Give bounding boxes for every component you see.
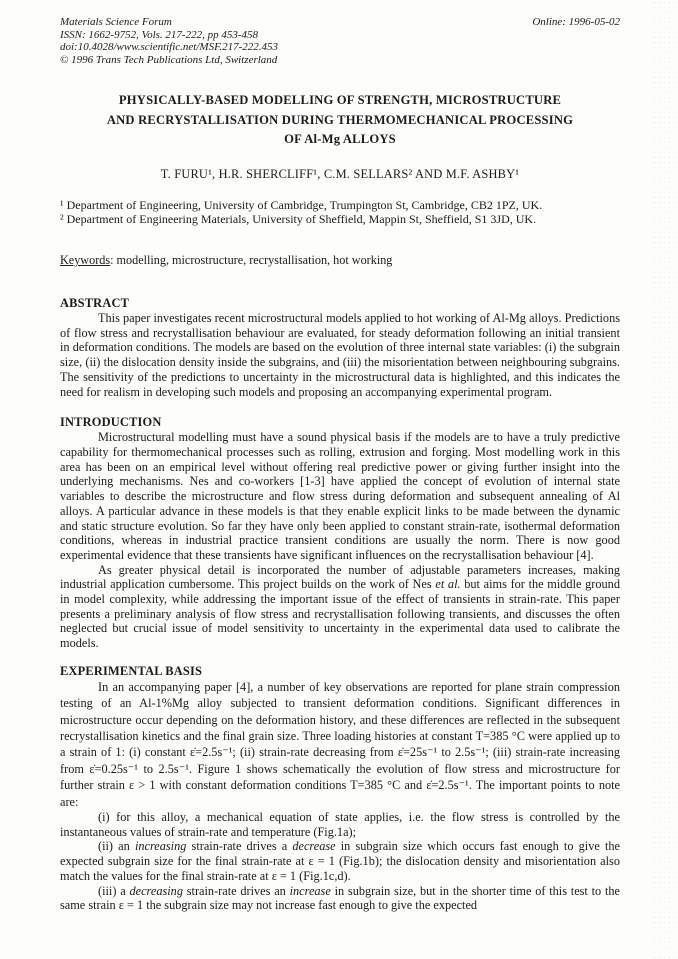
section-heading-experimental-basis: EXPERIMENTAL BASIS	[60, 664, 620, 679]
doi-line: doi:10.4028/www.scientific.net/MSF.217-2…	[60, 41, 278, 54]
experimental-point-iii: (iii) a decreasing strain-rate drives an…	[60, 884, 620, 913]
affiliation-1: ¹ Department of Engineering, University …	[60, 198, 620, 213]
journal-info-block: Materials Science Forum ISSN: 1662-9752,…	[60, 16, 278, 66]
affiliations-block: ¹ Department of Engineering, University …	[60, 198, 620, 227]
section-heading-introduction: INTRODUCTION	[60, 415, 620, 430]
abstract-paragraph: This paper investigates recent microstru…	[60, 311, 620, 399]
journal-header: Materials Science Forum ISSN: 1662-9752,…	[60, 16, 620, 66]
online-date: Online: 1996-05-02	[532, 16, 620, 29]
experimental-paragraph-1: In an accompanying paper [4], a number o…	[60, 679, 620, 810]
introduction-paragraph-1: Microstructural modelling must have a so…	[60, 430, 620, 562]
paper-title-line-1: PHYSICALLY-BASED MODELLING OF STRENGTH, …	[60, 91, 620, 111]
issn-line: ISSN: 1662-9752, Vols. 217-222, pp 453-4…	[60, 29, 278, 42]
authors-line: T. FURU¹, H.R. SHERCLIFF¹, C.M. SELLARS²…	[60, 167, 620, 182]
paper-title: PHYSICALLY-BASED MODELLING OF STRENGTH, …	[60, 91, 620, 150]
experimental-point-i: (i) for this alloy, a mechanical equatio…	[60, 810, 620, 839]
paper-title-line-3: OF Al-Mg ALLOYS	[60, 130, 620, 150]
keywords-label: Keywords	[60, 253, 110, 267]
experimental-point-ii: (ii) an increasing strain-rate drives a …	[60, 839, 620, 883]
journal-name: Materials Science Forum	[60, 16, 278, 29]
affiliation-2: ² Department of Engineering Materials, U…	[60, 212, 620, 227]
copyright-line: © 1996 Trans Tech Publications Ltd, Swit…	[60, 54, 278, 67]
keywords-line: Keywords: modelling, microstructure, rec…	[60, 253, 620, 268]
paper-title-line-2: AND RECRYSTALLISATION DURING THERMOMECHA…	[60, 111, 620, 131]
introduction-paragraph-2: As greater physical detail is incorporat…	[60, 563, 620, 651]
paper-page: Materials Science Forum ISSN: 1662-9752,…	[0, 0, 678, 959]
section-heading-abstract: ABSTRACT	[60, 296, 620, 311]
keywords-text: : modelling, microstructure, recrystalli…	[110, 253, 392, 267]
